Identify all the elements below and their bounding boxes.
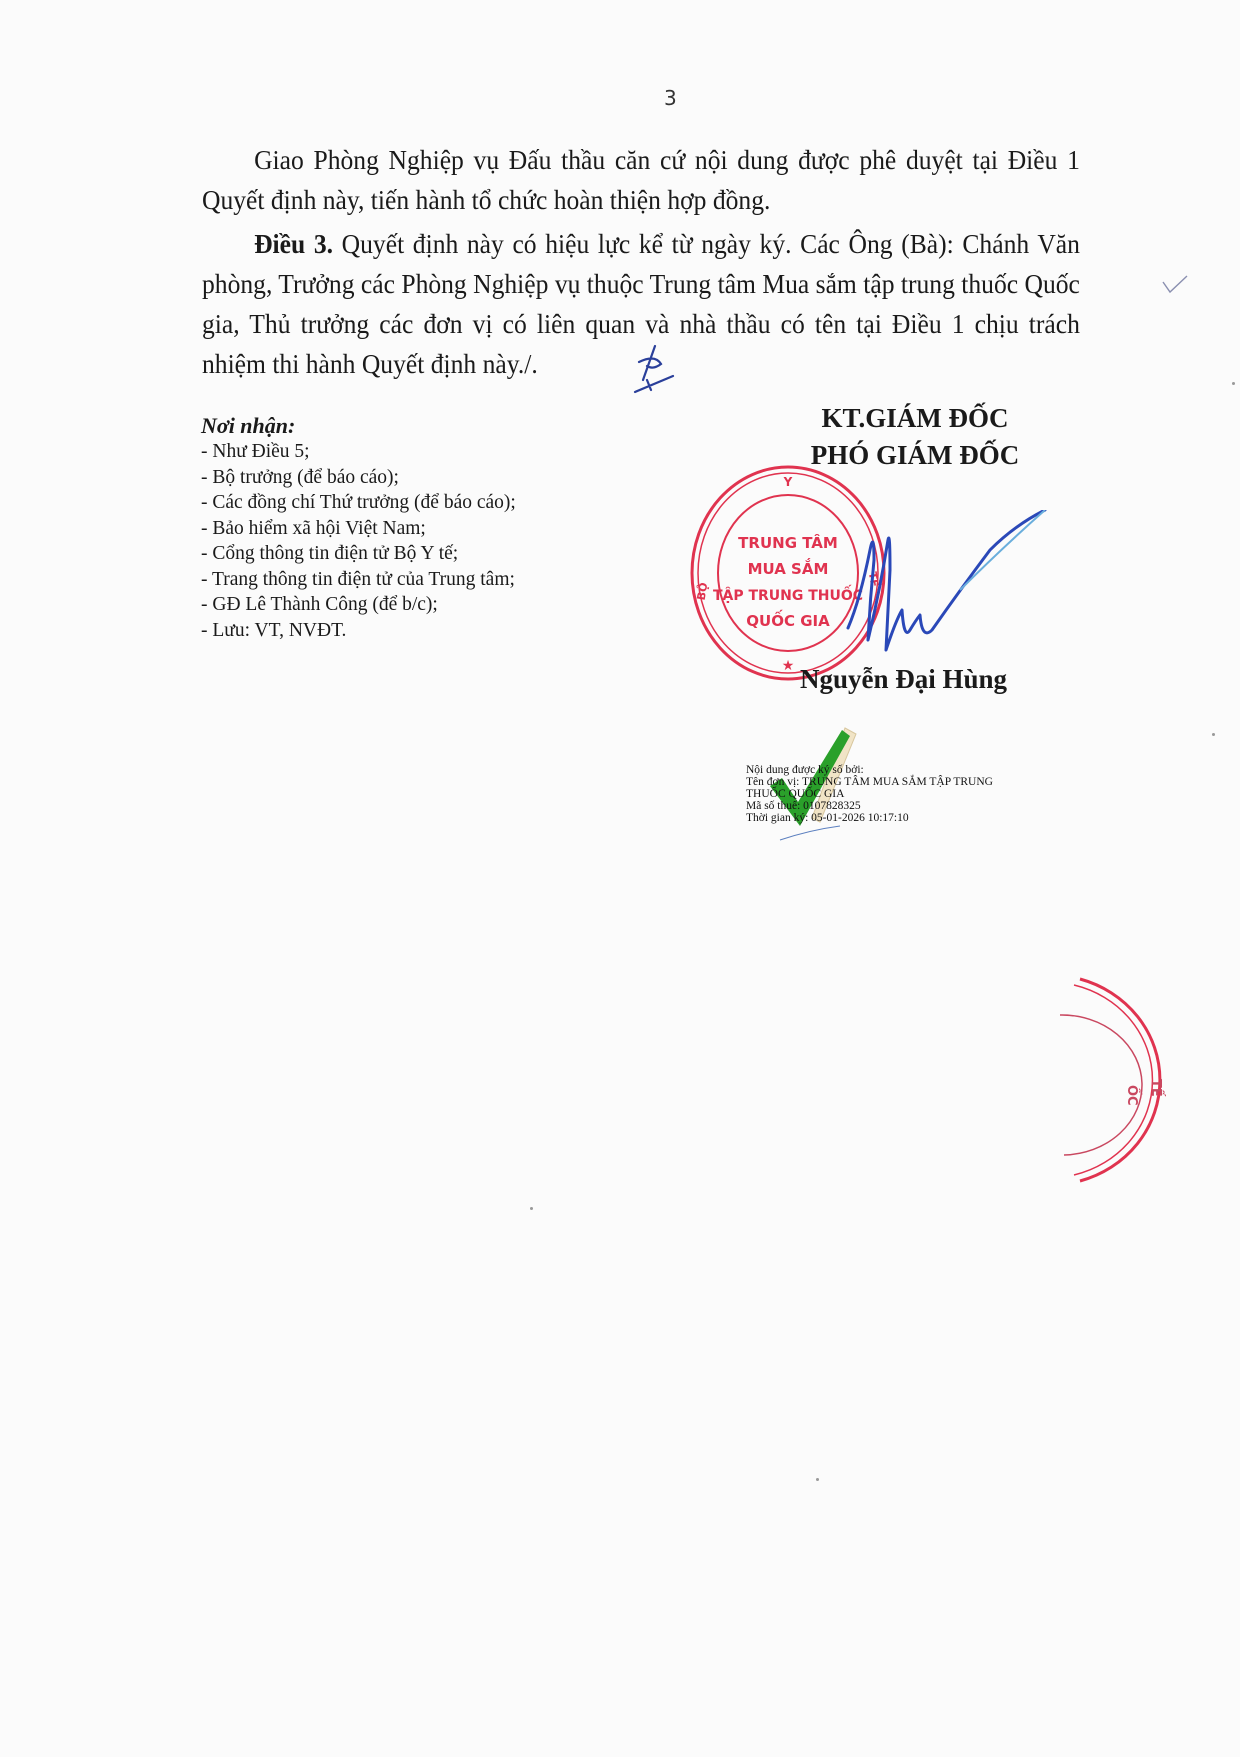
recipient-item: - Lưu: VT, NVĐT. [201,618,516,644]
handwritten-signature-icon [840,510,1050,670]
signature-title-line1: KT.GIÁM ĐỐC [790,400,1040,437]
partial-red-seal-icon: ỐC TẾ [1060,975,1190,1185]
article-3-heading: Điều 3. [254,228,333,259]
scan-speck [1232,382,1235,385]
digital-signature-time: Thời gian ký: 05-01-2026 10:17:10 [746,812,993,824]
stamp-top-text: Y [783,475,793,489]
recipients-block: Nơi nhận: - Như Điều 5; - Bộ trưởng (để … [201,413,516,643]
partial-stamp-text: TẾ [1148,1079,1165,1097]
recipients-title: Nơi nhận: [201,413,516,439]
digital-signature-line: THUỐC QUỐC GIA [746,788,993,800]
partial-stamp-text: ỐC [1124,1085,1142,1106]
digital-signature-line: Nội dung được ký số bởi: [746,764,993,776]
page-number: 3 [664,86,677,110]
recipient-item: - Cổng thông tin điện tử Bộ Y tế; [201,541,516,567]
digital-signature-info: Nội dung được ký số bởi: Tên đơn vị: TRU… [746,764,993,824]
handwritten-initials-icon [625,340,685,400]
margin-check-mark-icon [1160,272,1190,298]
scan-speck [1212,733,1215,736]
recipient-item: - Trang thông tin điện tử của Trung tâm; [201,567,516,593]
recipients-list: - Như Điều 5; - Bộ trưởng (để báo cáo); … [201,439,516,643]
recipient-item: - Các đồng chí Thứ trưởng (để báo cáo); [201,490,516,516]
recipient-item: - Bảo hiểm xã hội Việt Nam; [201,516,516,542]
digital-signature-tax-code: Mã số thuế: 0107828325 [746,800,993,812]
scan-speck [816,1478,819,1481]
digital-signature-line: Tên đơn vị: TRUNG TÂM MUA SẮM TẬP TRUNG [746,776,993,788]
stamp-line: QUỐC GIA [746,609,830,630]
scan-speck [530,1207,533,1210]
recipient-item: - GĐ Lê Thành Công (để b/c); [201,592,516,618]
recipient-item: - Như Điều 5; [201,439,516,465]
stamp-star: ★ [782,658,795,674]
signer-name: Nguyễn Đại Hùng [800,664,1007,695]
stamp-line: TRUNG TÂM [738,533,838,552]
stamp-left-text: BỘ [695,582,711,602]
paragraph-text: Giao Phòng Nghiệp vụ Đấu thầu căn cứ nội… [202,144,1080,215]
paragraph-assignment: Giao Phòng Nghiệp vụ Đấu thầu căn cứ nội… [202,140,1080,220]
recipient-item: - Bộ trưởng (để báo cáo); [201,465,516,491]
stamp-line: MUA SẮM [748,557,829,578]
